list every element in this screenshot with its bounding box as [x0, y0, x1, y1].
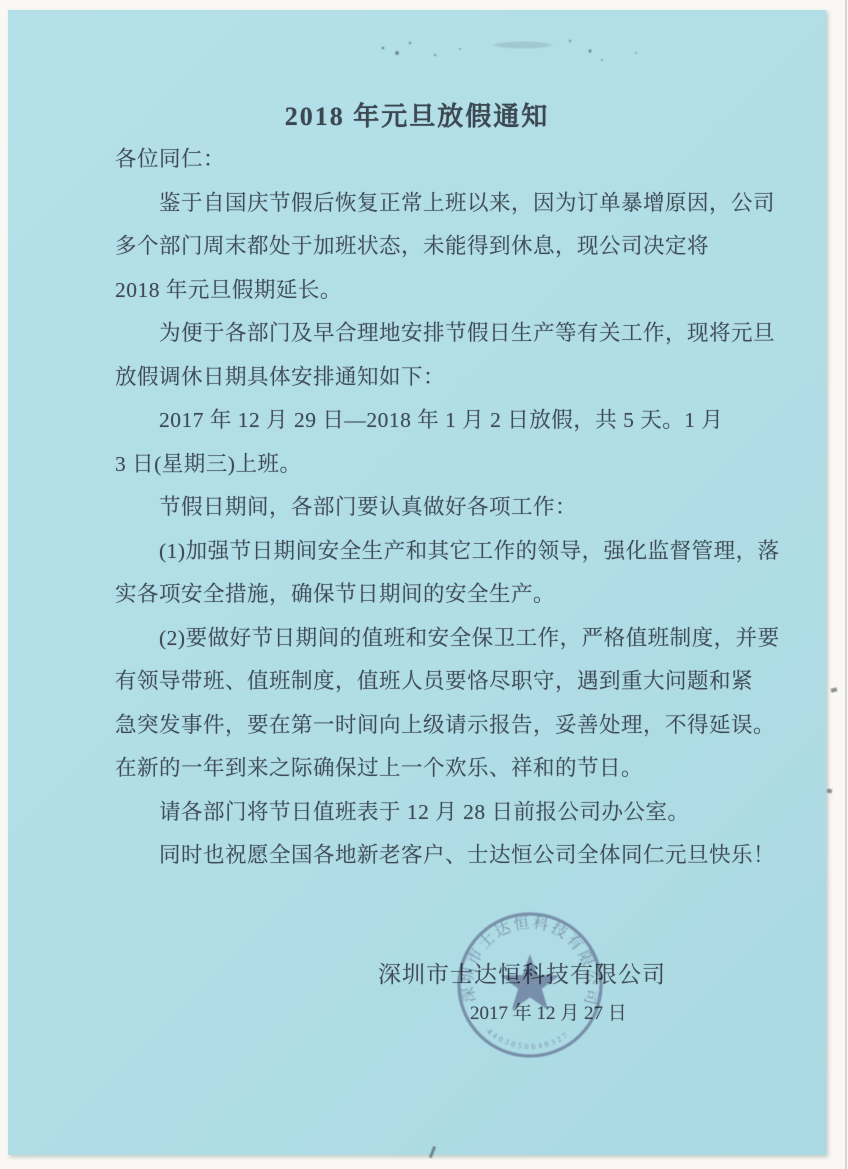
- scanner-edge-line: [845, 0, 847, 1169]
- greeting-line: 各位同仁：: [115, 138, 720, 182]
- body-lines-container: 鉴于自国庆节假后恢复正常上班以来，因为订单暴增原因，公司多个部门周末都处于加班状…: [115, 182, 720, 878]
- company-seal-stamp: 深圳市士达恒科技有限公司 4403050648327: [452, 907, 608, 1063]
- body-line: 请各部门将节日值班表于 12 月 28 日前报公司办公室。: [115, 791, 720, 835]
- star-icon: [501, 954, 560, 1010]
- body-line: 为便于各部门及早合理地安排节假日生产等有关工作，现将元旦: [115, 312, 720, 356]
- scan-smudge: [338, 32, 728, 68]
- notice-paper: 2018 年元旦放假通知 各位同仁： 鉴于自国庆节假后恢复正常上班以来，因为订单…: [8, 10, 826, 1155]
- body-line: 鉴于自国庆节假后恢复正常上班以来，因为订单暴增原因，公司: [115, 182, 720, 226]
- body-line: 在新的一年到来之际确保过上一个欢乐、祥和的节日。: [115, 747, 720, 791]
- scan-speck: [827, 789, 833, 794]
- body-line: 2018 年元旦假期延长。: [115, 269, 720, 313]
- body-line: 放假调休日期具体安排通知如下：: [115, 356, 720, 400]
- body-line: 急突发事件，要在第一时间向上级请示报告，妥善处理，不得延误。: [115, 704, 720, 748]
- body-line: (2)要做好节日期间的值班和安全保卫工作，严格值班制度，并要: [115, 617, 720, 661]
- body-line: (1)加强节日期间安全生产和其它工作的领导，强化监督管理，落: [115, 530, 720, 574]
- body-line: 有领导带班、值班制度，值班人员要恪尽职守，遇到重大问题和紧: [115, 660, 720, 704]
- notice-body: 各位同仁： 鉴于自国庆节假后恢复正常上班以来，因为订单暴增原因，公司多个部门周末…: [115, 138, 720, 878]
- scan-speck: [831, 687, 838, 692]
- body-line: 实各项安全措施，确保节日期间的安全生产。: [115, 573, 720, 617]
- body-line: 节假日期间，各部门要认真做好各项工作：: [115, 486, 720, 530]
- body-line: 3 日(星期三)上班。: [115, 443, 720, 487]
- scanned-page: 2018 年元旦放假通知 各位同仁： 鉴于自国庆节假后恢复正常上班以来，因为订单…: [0, 0, 848, 1169]
- notice-title: 2018 年元旦放假通知: [8, 102, 826, 132]
- body-line: 多个部门周末都处于加班状态，未能得到休息，现公司决定将: [115, 225, 720, 269]
- body-line: 同时也祝愿全国各地新老客户、士达恒公司全体同仁元旦快乐！: [115, 834, 720, 878]
- body-line: 2017 年 12 月 29 日—2018 年 1 月 2 日放假，共 5 天。…: [115, 399, 720, 443]
